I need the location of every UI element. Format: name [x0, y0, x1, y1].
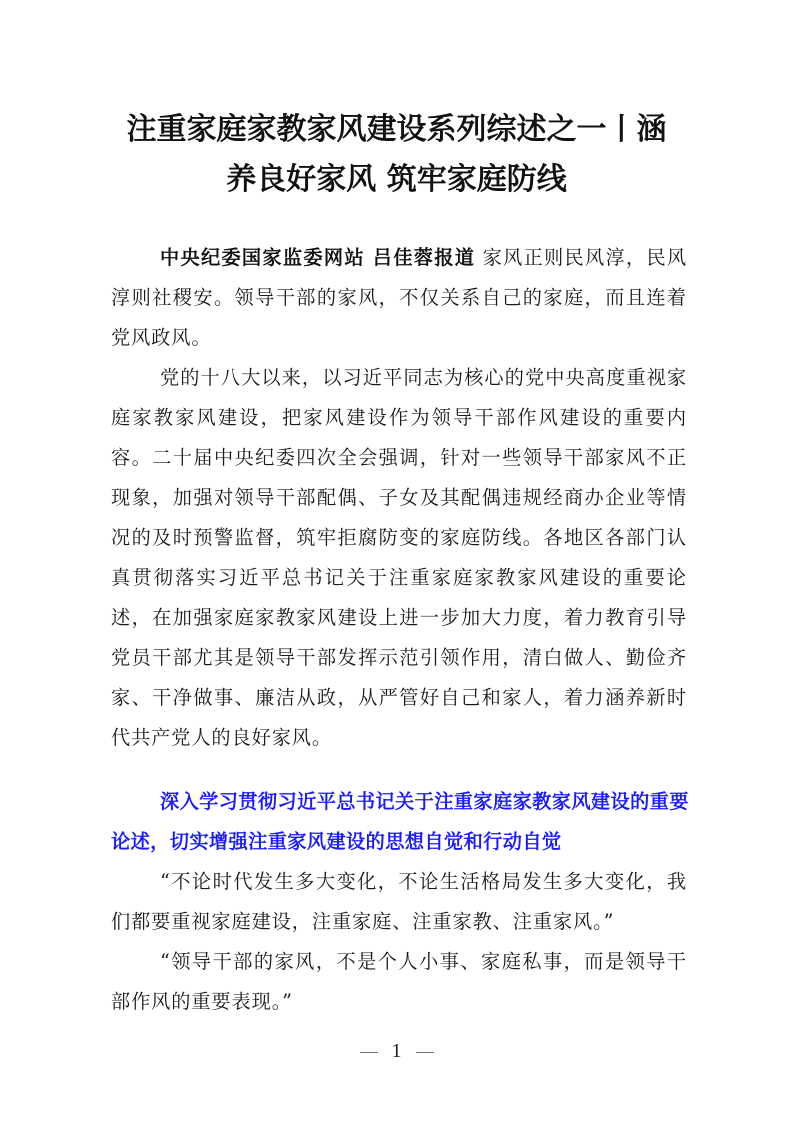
document-title-line-1: 注重家庭家教家风建设系列综述之一丨涵	[0, 104, 793, 148]
dash-left	[360, 1052, 378, 1053]
body-paragraph: 党的十八大以来，以习近平同志为核心的党中央高度重视家庭家教家风建设，把家风建设作…	[111, 358, 687, 758]
byline: 中央纪委国家监委网站 吕佳蓉报道	[160, 246, 475, 269]
lead-paragraph: 中央纪委国家监委网站 吕佳蓉报道 家风正则民风淳，民风淳则社稷安。领导干部的家风…	[111, 238, 687, 358]
quote-paragraph-1: “不论时代发生多大变化，不论生活格局发生多大变化，我们都要重视家庭建设，注重家庭…	[111, 862, 687, 942]
document-title-line-2: 养良好家风 筑牢家庭防线	[0, 154, 793, 198]
page-number-value: 1	[392, 1040, 402, 1062]
section-heading: 深入学习贯彻习近平总书记关于注重家庭家教家风建设的重要论述，切实增强注重家风建设…	[111, 782, 691, 862]
page-number: 1	[0, 1040, 793, 1063]
quote-paragraph-2: “领导干部的家风，不是个人小事、家庭私事，而是领导干部作风的重要表现。”	[111, 942, 687, 1022]
dash-right	[416, 1052, 434, 1053]
